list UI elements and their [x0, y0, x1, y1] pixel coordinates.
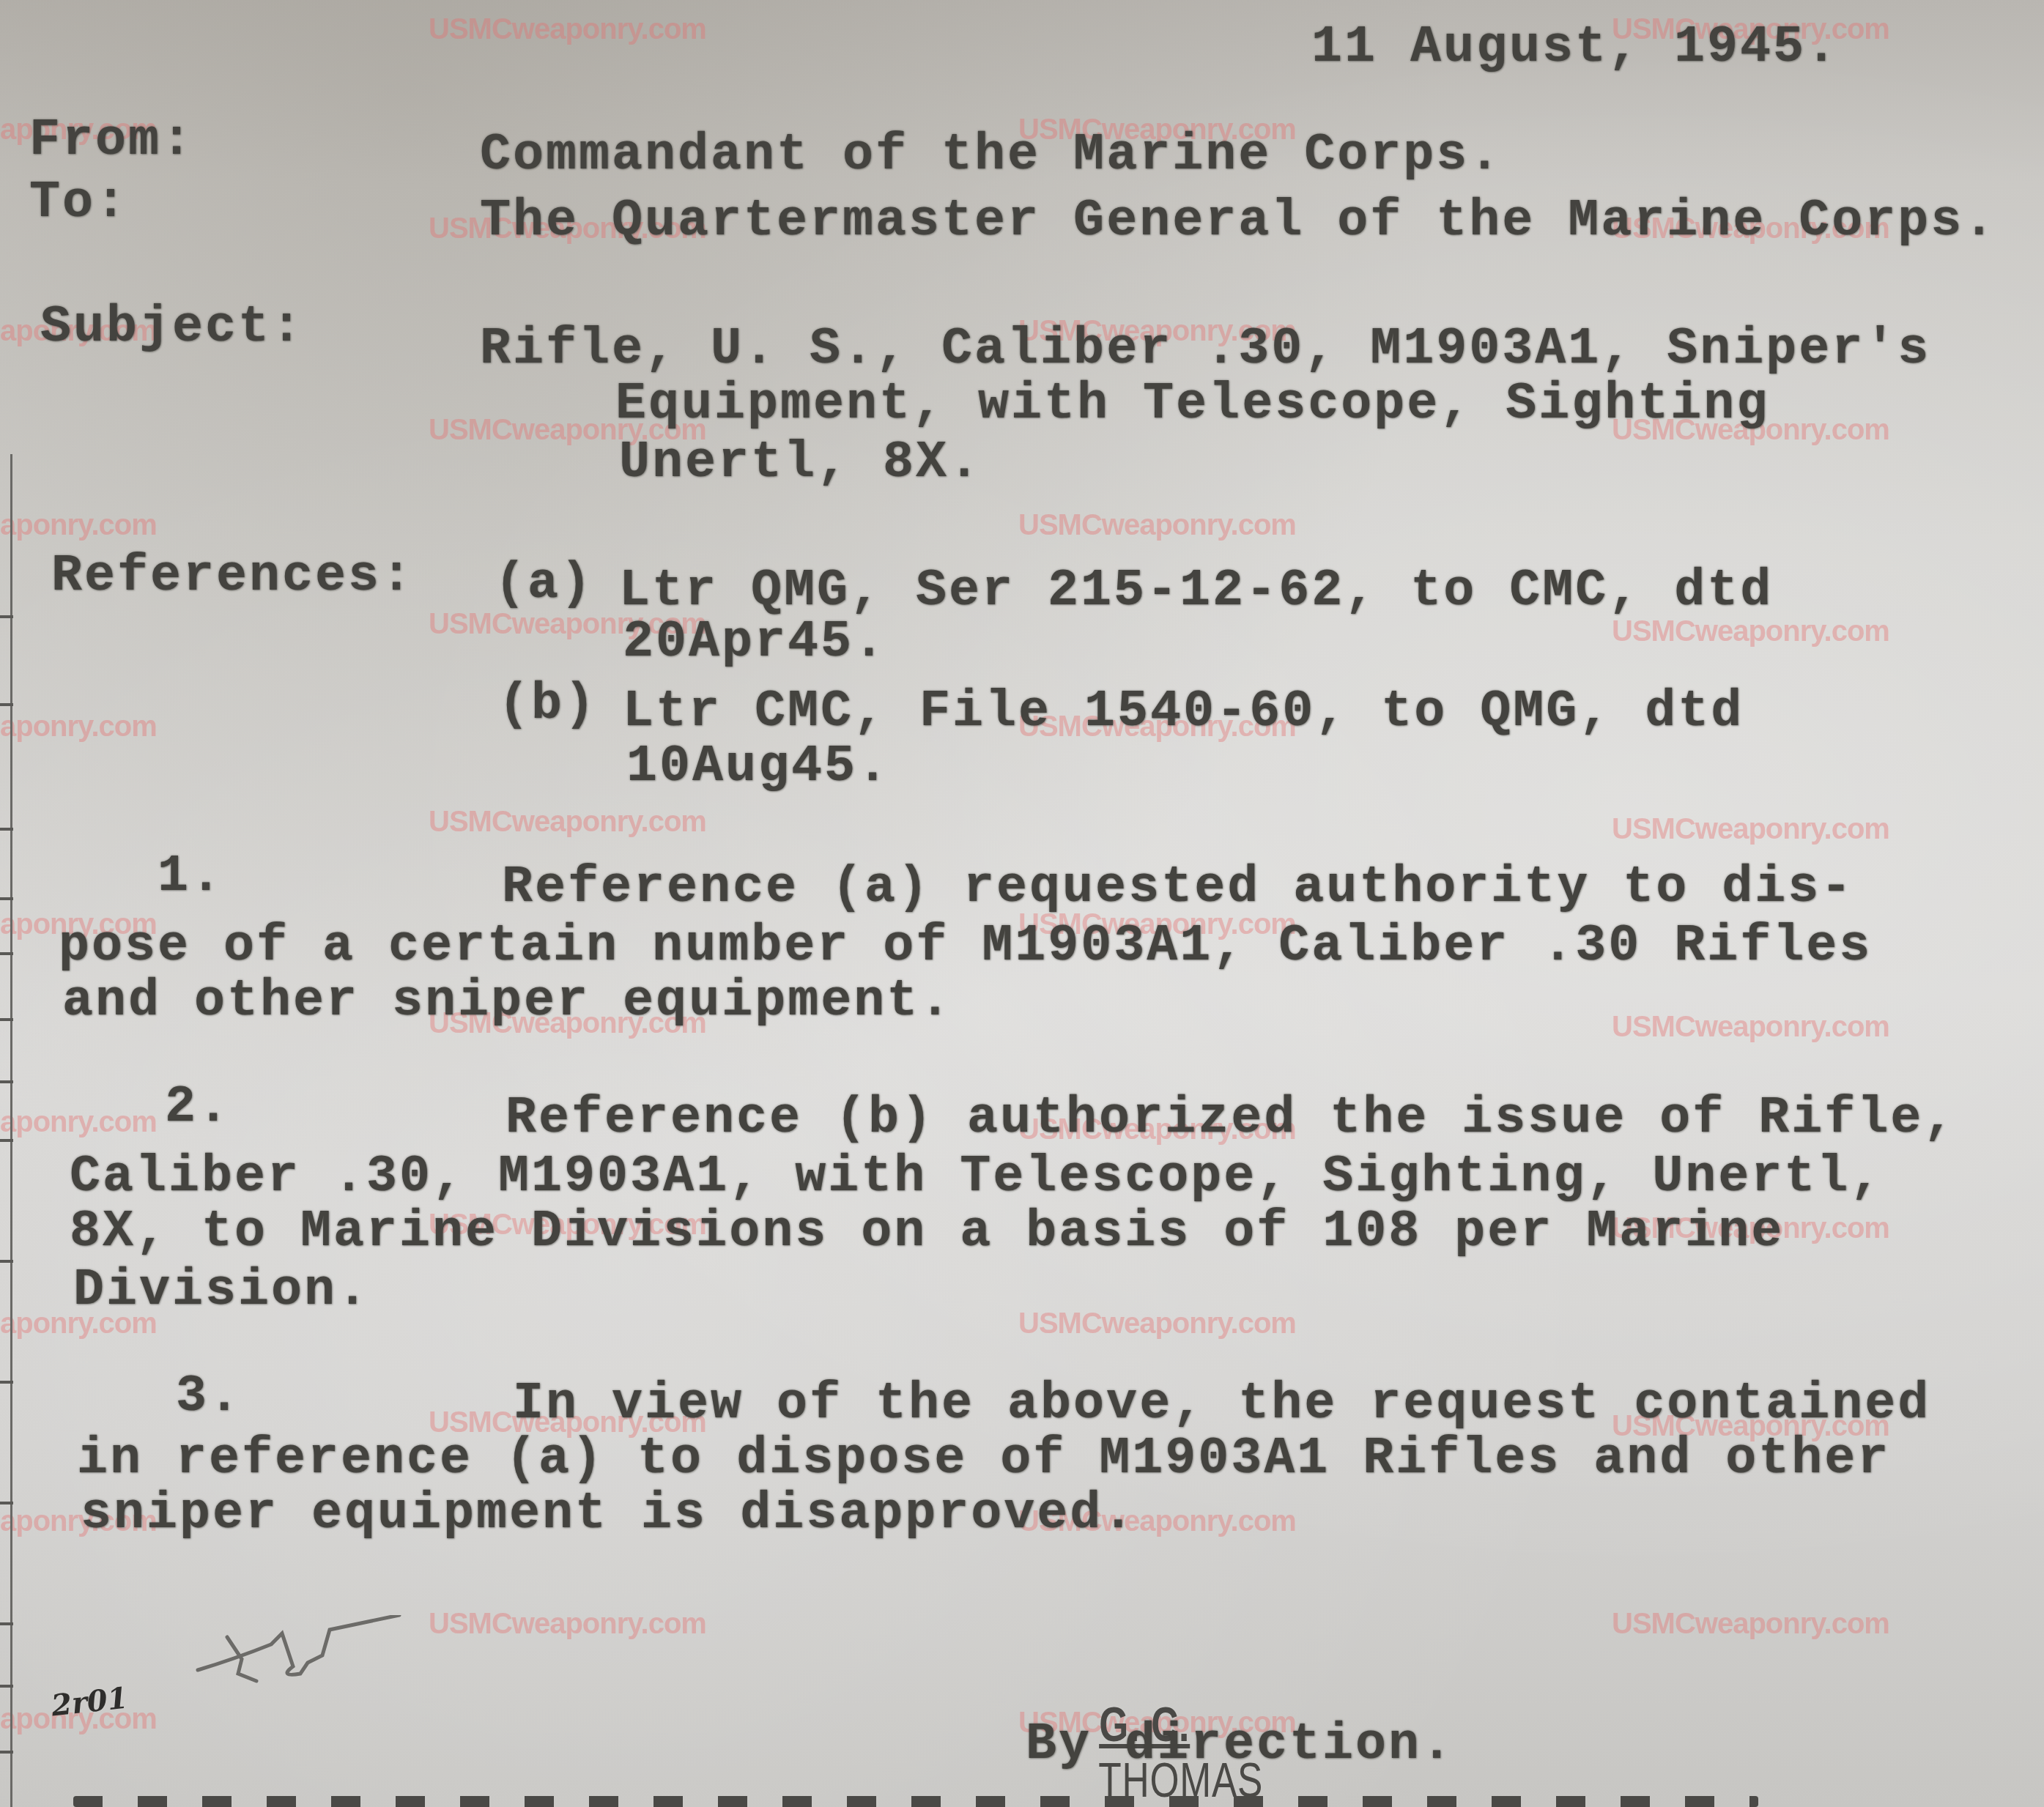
to-value: The Quartermaster General of the Marine … [480, 194, 1996, 250]
margin-tick [0, 1260, 13, 1263]
paragraph-3-line: sniper equipment is disapproved. [81, 1487, 1136, 1543]
watermark: USMCweaponry.com [429, 1608, 706, 1641]
reference-a-marker: (a) [495, 557, 593, 612]
watermark: USMCweaponry.com [1612, 1608, 1889, 1641]
paragraph-3-line: in reference (a) to dispose of M1903A1 R… [77, 1432, 1890, 1488]
margin-tick [0, 615, 13, 618]
paragraph-1-number: 1. [158, 850, 223, 905]
paragraph-1-line: pose of a certain number of M1903A1, Cal… [59, 919, 1872, 975]
watermark: aponry.com [0, 710, 157, 743]
paragraph-1-first-line: Reference (a) requested authority to dis… [502, 861, 1854, 916]
watermark: USMCweaponry.com [1612, 1011, 1889, 1044]
subject-line-3: Unertl, 8X. [619, 436, 982, 491]
reference-a-line2: 20Apr45. [623, 615, 886, 671]
reference-b-line2: 10Aug45. [626, 740, 890, 795]
margin-rule [10, 454, 12, 1807]
margin-tick [0, 1751, 13, 1754]
margin-tick [0, 1622, 13, 1625]
references-label: References: [51, 549, 414, 605]
watermark: USMCweaponry.com [429, 806, 706, 839]
margin-tick [0, 703, 13, 706]
letter-date: 11 August, 1945. [1311, 21, 1839, 76]
margin-tick [0, 1381, 13, 1384]
reference-b-marker: (b) [498, 678, 597, 733]
margin-tick [0, 1080, 13, 1083]
subject-label: Subject: [40, 300, 304, 356]
bottom-dashed-border [73, 1796, 1758, 1807]
margin-tick [0, 1139, 13, 1142]
from-value: Commandant of the Marine Corps. [480, 128, 1502, 184]
watermark: USMCweaponry.com [1018, 509, 1296, 542]
watermark: USMCweaponry.com [429, 13, 706, 46]
watermark: aponry.com [0, 509, 157, 542]
from-label: From: [29, 114, 194, 169]
margin-tick [0, 1018, 13, 1021]
watermark: USMCweaponry.com [1612, 813, 1889, 846]
paragraph-2-line: Caliber .30, M1903A1, with Telescope, Si… [70, 1150, 1883, 1206]
subject-line-1: Rifle, U. S., Caliber .30, M1903A1, Snip… [480, 322, 1930, 378]
margin-tick [0, 897, 13, 900]
watermark: USMCweaponry.com [1018, 1307, 1296, 1340]
margin-tick [0, 828, 13, 831]
paragraph-2-line: Division. [73, 1264, 370, 1319]
to-label: To: [29, 176, 128, 231]
by-direction: By direction. [1026, 1718, 1454, 1773]
margin-tick [0, 1685, 13, 1688]
paragraph-2-first-line: Reference (b) authorized the issue of Ri… [506, 1091, 1956, 1147]
paragraph-3-number: 3. [176, 1370, 242, 1425]
paragraph-1-line: and other sniper equipment. [62, 974, 952, 1030]
paragraph-2-line: 8X, to Marine Divisions on a basis of 10… [70, 1205, 1784, 1261]
watermark: aponry.com [0, 1106, 157, 1139]
handwritten-initials-icon [190, 1615, 410, 1718]
margin-tick [0, 1502, 13, 1504]
reference-b-line1: Ltr CMC, File 1540-60, to QMG, dtd [623, 685, 1744, 741]
subject-line-2: Equipment, with Telescope, Sighting [615, 377, 1769, 433]
reference-a-line1: Ltr QMG, Ser 215-12-62, to CMC, dtd [619, 564, 1773, 620]
margin-tick [0, 952, 13, 955]
paragraph-3-first-line: In view of the above, the request contai… [513, 1377, 1930, 1433]
paragraph-2-number: 2. [165, 1080, 231, 1136]
